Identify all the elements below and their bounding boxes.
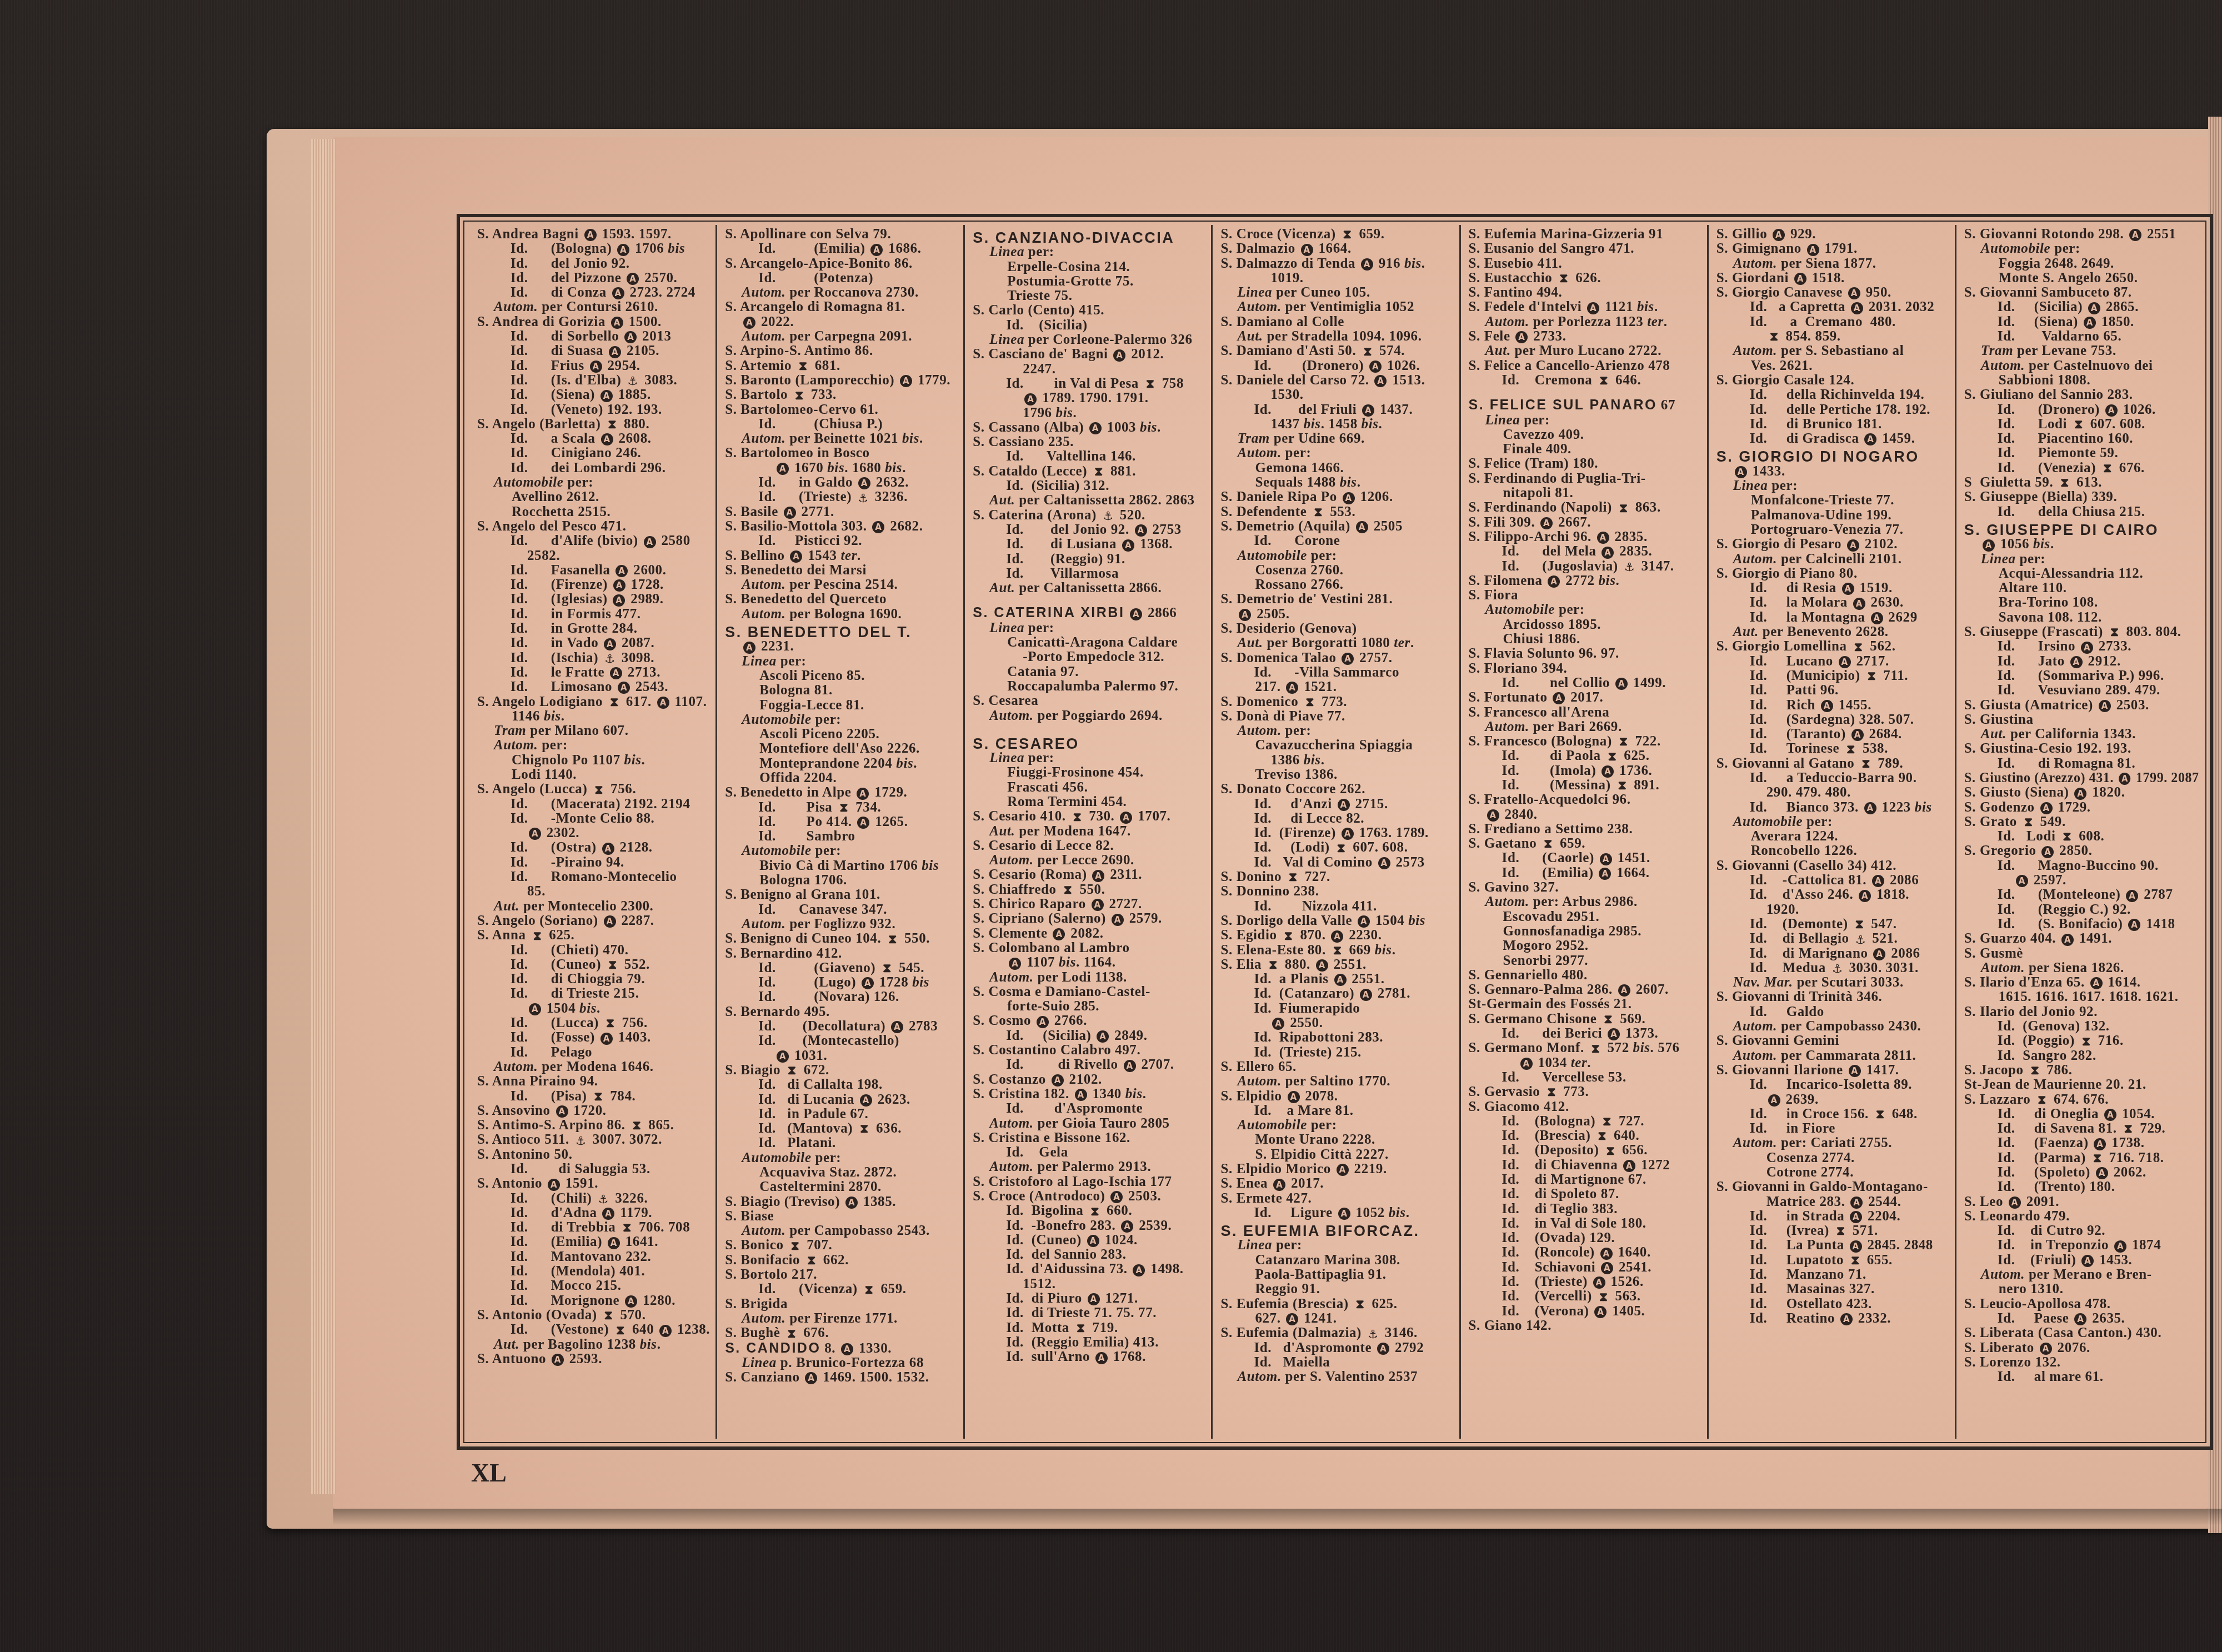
station-entry: S. Ellero 65.	[1220, 1060, 1454, 1074]
service-type-label: Tram	[1237, 431, 1269, 446]
station-entry: S. Cesario 410. ⧗ 730. A 1707.	[973, 809, 1207, 824]
automobile-service-icon: A	[1112, 914, 1124, 926]
station-sub-entry: Id. Motta ⧗ 719.	[973, 1321, 1207, 1335]
automobile-service-icon: A	[872, 521, 884, 533]
station-sub-entry: Id. Vesuviano 289. 479.	[1964, 683, 2198, 698]
station-entry: S. Gusmè	[1964, 947, 2198, 961]
continuation-line: -Porto Empedocle 312.	[973, 650, 1207, 664]
automobile-service-icon: A	[1342, 828, 1354, 840]
station-sub-entry: Id. Platani.	[725, 1136, 959, 1150]
tramway-icon: ⧗	[592, 1091, 604, 1103]
automobile-service-icon: A	[1593, 1276, 1605, 1289]
station-entry: S. Flavia Solunto 96. 97.	[1469, 647, 1703, 661]
continuation-line: 2582.	[477, 549, 711, 563]
station-sub-entry: Id. di Suasa A 2105.	[477, 344, 711, 358]
continuation-line: Matrice 283. A 2544.	[1716, 1195, 1950, 1209]
spacer	[1469, 388, 1703, 398]
connection-line: Autom. per S. Valentino 2537	[1220, 1370, 1454, 1384]
station-sub-entry: Id. Paese A 2635.	[1964, 1311, 2198, 1326]
automobile-service-icon: A	[777, 463, 789, 475]
station-sub-entry: Id. in Croce 156. ⧗ 648.	[1716, 1107, 1950, 1122]
station-sub-entry: Id. Schiavoni A 2541.	[1469, 1260, 1703, 1275]
automobile-service-icon: A	[1794, 273, 1806, 285]
connection-line: Linea per:	[973, 245, 1207, 259]
spacer	[973, 723, 1207, 733]
station-sub-entry: Id. Piemonte 59.	[1964, 446, 2198, 460]
station-sub-entry: Id. Morignone A 1280.	[477, 1294, 711, 1308]
station-sub-entry: Id. Limosano A 2543.	[477, 680, 711, 694]
connection-line: A 2231.	[725, 639, 959, 654]
connection-line: Automobile per:	[725, 713, 959, 727]
connection-line: Linea per Cuneo 105.	[1220, 286, 1454, 300]
tramway-icon: ⧗	[2061, 831, 2073, 843]
continuation-line: Bologna 81.	[725, 683, 959, 698]
service-type-label: Autom.	[989, 1159, 1033, 1174]
station-sub-entry: Id. di Savena 81. ⧗ 729.	[1964, 1122, 2198, 1136]
suffix-text: bis	[1408, 913, 1425, 928]
station-sub-entry: Id. Valdarno 65.	[1964, 329, 2198, 344]
service-type-label: Autom.	[742, 917, 785, 932]
automobile-service-icon: A	[1316, 959, 1328, 972]
station-sub-entry: Id. (Lucca) ⧗ 756.	[477, 1016, 711, 1030]
connection-line: A 1056 bis.	[1964, 537, 2198, 552]
station-entry: S. Donato Coccore 262.	[1220, 782, 1454, 797]
continuation-line: A 1034 ter.	[1469, 1056, 1703, 1070]
station-sub-entry: Id. (Firenze) A 1763. 1789.	[1220, 826, 1454, 840]
station-sub-entry: Id. di Trieste 71. 75. 77.	[973, 1306, 1207, 1320]
station-entry: S. Ansovino A 1720.	[477, 1104, 711, 1118]
station-entry: S. Cesarea	[973, 694, 1207, 708]
station-entry: S. Cesario di Lecce 82.	[973, 839, 1207, 853]
station-sub-entry: Id. a Capretta A 2031. 2032	[1716, 300, 1950, 314]
automobile-service-icon: A	[2084, 317, 2096, 329]
station-entry: S. Floriano 394.	[1469, 662, 1703, 676]
station-entry: S. Dalmazio A 1664.	[1220, 242, 1454, 256]
continuation-line: Rossano 2766.	[1220, 578, 1454, 592]
automobile-service-icon: A	[1850, 1197, 1863, 1209]
station-entry: S. Demetrio de' Vestini 281.	[1220, 592, 1454, 607]
automobile-service-icon: A	[529, 828, 541, 840]
automobile-service-icon: A	[2074, 1313, 2086, 1325]
station-sub-entry: Id. Lodi ⧗ 607. 608.	[1964, 417, 2198, 432]
navigation-anchor-icon: ⚓	[857, 492, 869, 504]
station-sub-entry: Id. Sambro	[725, 829, 959, 844]
continuation-line: Roncobello 1226.	[1716, 844, 1950, 858]
service-type-label: Autom.	[1237, 445, 1281, 460]
service-type-label: Aut.	[1237, 635, 1263, 650]
tramway-icon: ⧗	[608, 697, 620, 709]
page-bottom-shadow	[333, 1509, 2222, 1525]
connection-line: Linea per:	[1220, 1238, 1454, 1253]
service-type-label: Autom.	[1237, 299, 1281, 314]
station-entry: S. CANDIDO 8. A 1330.	[725, 1341, 959, 1356]
station-entry: S. Giorgio Lomellina ⧗ 562.	[1716, 639, 1950, 654]
connection-line: Automobile per:	[725, 844, 959, 858]
station-sub-entry: Id. Maiella	[1220, 1355, 1454, 1370]
station-entry: S. Gennaro-Palma 286. A 2607.	[1469, 983, 1703, 997]
service-type-label: Autom.	[742, 285, 785, 300]
station-entry: S. Giovanni al Gatano ⧗ 789.	[1716, 757, 1950, 771]
tramway-icon: ⧗	[1287, 872, 1299, 884]
station-entry: S. Antonino 50.	[477, 1148, 711, 1162]
station-sub-entry: Id. (Demonte) ⧗ 547.	[1716, 917, 1950, 932]
station-sub-entry: Id. in Padule 67.	[725, 1107, 959, 1122]
station-sub-entry: Id. (Jugoslavia) ⚓ 3147.	[1469, 559, 1703, 574]
continuation-line: Finale 409.	[1469, 442, 1703, 457]
station-sub-entry: Id. a Scala A 2608.	[477, 432, 711, 446]
automobile-service-icon: A	[1600, 853, 1612, 865]
automobile-service-icon: A	[1360, 989, 1372, 1001]
station-sub-entry: Id. (Decollatura) A 2783	[725, 1019, 959, 1034]
station-sub-entry: Id. Medua ⚓ 3030. 3031.	[1716, 961, 1950, 975]
continuation-line: Acqui-Alessandria 112.	[1964, 567, 2198, 581]
station-heading: S. CANDIDO	[725, 1340, 820, 1356]
station-entry: S. Giordani A 1518.	[1716, 271, 1950, 286]
station-sub-entry: Id. in Treponzio A 1874	[1964, 1238, 2198, 1253]
station-sub-entry: Id. (Trieste) 215.	[1220, 1045, 1454, 1060]
continuation-line: Gonnosfanadiga 2985.	[1469, 924, 1703, 939]
automobile-service-icon: A	[1239, 609, 1251, 621]
automobile-service-icon: A	[611, 317, 623, 329]
automobile-service-icon: A	[1362, 404, 1374, 417]
automobile-service-icon: A	[1273, 1179, 1285, 1191]
station-entry: S. Biagio (Treviso) A 1385.	[725, 1195, 959, 1209]
automobile-service-icon: A	[1089, 422, 1102, 434]
tramway-icon: ⧗	[1845, 744, 1857, 756]
continuation-line: Portogruaro-Venezia 77.	[1716, 523, 1950, 537]
automobile-service-icon: A	[1615, 678, 1628, 690]
continuation-line: Cavazuccherina Spiaggia	[1220, 738, 1454, 753]
connection-line: Aut. per Caltanissetta 2862. 2863	[973, 493, 1207, 508]
service-type-label: Linea	[989, 332, 1024, 347]
station-sub-entry: Id. in Val di Pesa ⧗ 758	[973, 377, 1207, 391]
automobile-service-icon: A	[2081, 642, 2093, 654]
automobile-service-icon: A	[1121, 1220, 1133, 1233]
station-entry: S. Felice (Tram) 180.	[1469, 457, 1703, 471]
station-sub-entry: Id. del Mela A 2835.	[1469, 544, 1703, 559]
suffix-text: ter	[1647, 314, 1664, 329]
continuation-line: Foggia 2648. 2649.	[1964, 257, 2198, 271]
station-sub-entry: Id. di Piuro A 1271.	[973, 1291, 1207, 1306]
station-sub-entry: Id. Val di Comino A 2573	[1220, 855, 1454, 870]
connection-line: Automobile per:	[1716, 815, 1950, 829]
station-sub-entry: Id. (Iglesias) A 2989.	[477, 592, 711, 607]
station-entry: S. Ermete 427.	[1220, 1192, 1454, 1206]
suffix-text: bis	[579, 1001, 597, 1016]
connection-line: Autom. per Cammarata 2811.	[1716, 1049, 1950, 1063]
connection-line: Autom. per Siena 1826.	[1964, 961, 2198, 975]
station-entry: S. Gaetano ⧗ 659.	[1469, 837, 1703, 851]
tramway-icon: ⧗	[789, 1240, 801, 1253]
suffix-text: bis	[1915, 800, 1932, 815]
station-entry: S. Cristoforo al Lago-Ischia 177	[973, 1175, 1207, 1189]
station-entry: S. Grato ⧗ 549.	[1964, 815, 2198, 829]
station-entry: S. Francesco all'Arena	[1469, 705, 1703, 720]
index-column-4: S. Croce (Vicenza) ⧗ 659.S. Dalmazio A 1…	[1213, 225, 1460, 1439]
automobile-service-icon: A	[2090, 977, 2103, 989]
tramway-icon: ⧗	[2122, 1123, 2134, 1135]
station-sub-entry: Id. (Vicenza) ⧗ 659.	[725, 1282, 959, 1296]
connection-line: Autom. per S. Sebastiano al	[1716, 344, 1950, 358]
station-entry: S. Basilio-Mottola 303. A 2682.	[725, 519, 959, 534]
station-entry: S. Caterina (Arona) ⚓ 520.	[973, 508, 1207, 523]
service-type-label: Automobile	[1237, 1118, 1307, 1133]
connection-line: Linea p. Brunico-Fortezza 68	[725, 1356, 959, 1370]
station-entry: S. Eufemia Marina-Gizzeria 91	[1469, 227, 1703, 242]
station-entry: S. Fiora	[1469, 588, 1703, 603]
index-column-6: S. Gillio A 929.S. Gimignano A 1791.Auto…	[1709, 225, 1956, 1439]
automobile-service-icon: A	[548, 1179, 560, 1191]
station-sub-entry: Id. (Firenze) A 1728.	[477, 578, 711, 592]
continuation-line: Paola-Battipaglia 91.	[1220, 1268, 1454, 1282]
connection-line: Autom. per Saltino 1770.	[1220, 1074, 1454, 1089]
station-sub-entry: Id. (Catanzaro) A 2781.	[1220, 987, 1454, 1001]
station-sub-entry: Id. d'Alife (bivio) A 2580	[477, 534, 711, 548]
service-type-label: Autom.	[1733, 256, 1777, 271]
suffix-text: bis	[668, 241, 685, 256]
station-sub-entry: Id. nel Collio A 1499.	[1469, 676, 1703, 690]
tramway-icon: ⧗	[1604, 1145, 1617, 1158]
station-entry: S. Croce (Vicenza) ⧗ 659.	[1220, 227, 1454, 242]
station-entry: S. Filomena A 2772 bis.	[1469, 574, 1703, 588]
tramway-icon: ⧗	[1616, 780, 1628, 792]
station-sub-entry: Id. (Sicilia) A 2865.	[1964, 300, 2198, 314]
automobile-service-icon: A	[2094, 1138, 2106, 1150]
station-entry: S. Lazzaro ⧗ 674. 676.	[1964, 1093, 2198, 1107]
automobile-service-icon: A	[790, 550, 802, 563]
station-entry: S. Giovanni Ilarione A 1417.	[1716, 1063, 1950, 1078]
station-sub-entry: Id. di Paola ⧗ 625.	[1469, 749, 1703, 763]
connection-line: Autom. per Pescina 2514.	[725, 578, 959, 592]
service-type-label: Autom.	[1237, 1369, 1281, 1384]
station-entry: S. Dalmazzo di Tenda A 916 bis.	[1220, 257, 1454, 271]
station-entry: S. Arcangelo-Apice-Bonito 86.	[725, 257, 959, 271]
station-entry: S. Clemente A 2082.	[973, 927, 1207, 941]
suffix-text: bis	[1340, 475, 1357, 490]
automobile-service-icon: A	[784, 507, 796, 519]
service-type-label: Autom.	[989, 970, 1033, 985]
service-type-label: Aut.	[494, 1337, 519, 1352]
suffix-text: bis	[1389, 1205, 1406, 1220]
station-entry: S. Leonardo 479.	[1964, 1209, 2198, 1224]
service-type-label: Aut.	[989, 493, 1015, 508]
station-sub-entry: Id. Mocco 215.	[477, 1279, 711, 1293]
automobile-service-icon: A	[2081, 1255, 2094, 1267]
suffix-text: bis	[1125, 1087, 1143, 1102]
station-sub-entry: Id. Piacentino 160.	[1964, 432, 2198, 446]
station-heading: S. CATERINA XIRBI	[973, 605, 1124, 620]
station-sub-entry: Id. (Trieste) A 1526.	[1469, 1275, 1703, 1289]
station-entry: S. Giorgio Canavese A 950.	[1716, 286, 1950, 300]
station-sub-entry: Id. di Martignone 67.	[1469, 1173, 1703, 1187]
station-sub-entry: Id. a Planis A 2551.	[1220, 972, 1454, 987]
station-entry: S. Bughè ⧗ 676.	[725, 1326, 959, 1340]
automobile-service-icon: A	[2105, 404, 2118, 417]
continuation-line: 1615. 1616. 1617. 1618. 1621.	[1964, 990, 2198, 1004]
station-sub-entry: Id. in Galdo A 2632.	[725, 475, 959, 490]
service-type-label: Autom.	[1733, 343, 1777, 358]
station-sub-entry: Id. Fasanella A 2600.	[477, 563, 711, 578]
station-entry: S. Ilario del Jonio 92.	[1964, 1005, 2198, 1019]
continuation-line: A 1031.	[725, 1049, 959, 1063]
connection-line: Autom. per Palermo 2913.	[973, 1160, 1207, 1174]
station-sub-entry: Id. di Sorbello A 2013	[477, 329, 711, 344]
service-type-label: Linea	[989, 244, 1024, 259]
station-entry: S. Brigida	[725, 1297, 959, 1311]
station-entry: S. Colombano al Lambro	[973, 941, 1207, 955]
station-sub-entry: Id. di Cutro 92.	[1964, 1224, 2198, 1238]
station-sub-entry: Id. (Ovada) 129.	[1469, 1231, 1703, 1245]
station-entry: S. Giovanni Rotondo 298. A 2551	[1964, 227, 2198, 242]
continuation-line: Monte S. Angelo 2650.	[1964, 271, 2198, 286]
tramway-icon: ⧗	[621, 1222, 633, 1234]
automobile-service-icon: A	[1009, 958, 1021, 970]
station-sub-entry: Id. -Cattolica 81. A 2086	[1716, 873, 1950, 888]
station-sub-entry: Id. Corone	[1220, 534, 1454, 548]
station-entry: S. Daniele Ripa Po A 1206.	[1220, 490, 1454, 504]
service-type-label: Autom.	[1237, 1074, 1281, 1089]
tramway-icon: ⧗	[1267, 959, 1279, 972]
station-sub-entry: Id. a Mare 81.	[1220, 1104, 1454, 1118]
station-sub-entry: Id. d'Anzi A 2715.	[1220, 797, 1454, 812]
automobile-service-icon: A	[1983, 539, 1995, 552]
station-entry: S. Donnino 238.	[1220, 884, 1454, 899]
index-column-2: S. Apollinare con Selva 79.Id. (Emilia) …	[717, 225, 965, 1439]
station-entry: S. Andrea di Gorizia A 1500.	[477, 315, 711, 329]
automobile-service-icon: A	[777, 1050, 789, 1063]
station-entry: S. Fili 309. A 2667.	[1469, 515, 1703, 530]
connection-line: Autom. per Beinette 1021 bis.	[725, 432, 959, 446]
station-heading: S. GIUSEPPE DI CAIRO	[1964, 523, 2198, 537]
service-type-label: Linea	[989, 620, 1024, 635]
continuation-line: Roccapalumba Palermo 97.	[973, 679, 1207, 694]
station-entry: S. Cataldo (Lecce) ⧗ 881.	[973, 464, 1207, 479]
service-type-label: Tram	[494, 723, 526, 738]
tramway-icon: ⧗	[1542, 838, 1554, 850]
continuation-line: Senorbi 2977.	[1469, 954, 1703, 968]
station-entry: S. Angelo del Pesco 471.	[477, 519, 711, 534]
station-sub-entry: Id. di Resia A 1519.	[1716, 581, 1950, 595]
automobile-service-icon: A	[2126, 890, 2138, 902]
station-sub-entry: Id. Po 414. A 1265.	[725, 815, 959, 829]
automobile-service-icon: A	[1587, 302, 1599, 314]
suffix-text: bis	[2033, 537, 2050, 552]
automobile-service-icon: A	[1334, 974, 1347, 986]
station-entry: S. Liberato A 2076.	[1964, 1341, 2198, 1355]
service-type-label: Automobile	[1981, 241, 2050, 256]
station-sub-entry: Id. (Sicilia)	[973, 318, 1207, 333]
station-sub-entry: Id. a Teduccio-Barra 90.	[1716, 771, 1950, 785]
station-entry: S. Damiano al Colle	[1220, 315, 1454, 329]
station-sub-entry: Id. (S. Bonifacio) A 1418	[1964, 917, 2198, 932]
station-entry: S. Arpino-S. Antimo 86.	[725, 344, 959, 358]
suffix-text: bis	[544, 709, 561, 724]
automobile-service-icon: A	[613, 594, 625, 607]
continuation-line: 1920.	[1716, 903, 1950, 917]
station-sub-entry: Id. (Sommariva P.) 996.	[1964, 669, 2198, 683]
station-sub-entry: Id. Pelago	[477, 1045, 711, 1060]
station-entry: S. Ferdinando (Napoli) ⧗ 863.	[1469, 500, 1703, 515]
automobile-service-icon: A	[644, 536, 656, 548]
connection-line: Autom. per:	[1220, 724, 1454, 738]
service-type-label: Autom.	[1485, 314, 1529, 329]
automobile-service-icon: A	[1859, 890, 1871, 902]
service-type-label: Autom.	[494, 1059, 538, 1074]
station-entry: S. Fratello-Acquedolci 96.	[1469, 793, 1703, 807]
station-sub-entry: Id. di Romagna 81.	[1964, 757, 2198, 771]
station-sub-entry: Id. -Bonefro 283. A 2539.	[973, 1219, 1207, 1233]
station-entry: S. Giusto (Siena) A 1820.	[1964, 785, 2198, 800]
automobile-service-icon: A	[2096, 1167, 2108, 1179]
station-entry: S. Angelo (Barletta) ⧗ 880.	[477, 417, 711, 432]
station-sub-entry: Id. in Vado A 2087.	[477, 636, 711, 650]
station-entry: S. Jacopo ⧗ 786.	[1964, 1063, 2198, 1078]
automobile-service-icon: A	[1092, 899, 1104, 911]
station-sub-entry: Id. Romano-Montecelio	[477, 870, 711, 884]
automobile-service-icon: A	[609, 346, 621, 358]
automobile-service-icon: A	[1338, 1208, 1350, 1220]
automobile-service-icon: A	[2088, 302, 2100, 314]
automobile-service-icon: A	[1338, 799, 1350, 811]
continuation-line: Bivio Cà di Martino 1706 bis	[725, 859, 959, 873]
station-sub-entry: Id. di Bellagio ⚓ 521.	[1716, 932, 1950, 946]
station-entry: S. Eusanio del Sangro 471.	[1469, 242, 1703, 256]
station-sub-entry: Id. (Montecastello)	[725, 1034, 959, 1048]
continuation-line: 1386 bis.	[1220, 753, 1454, 768]
connection-line: Tram per Milano 607.	[477, 724, 711, 738]
tramway-icon: ⧗	[793, 390, 805, 402]
continuation-line: Catanzaro Marina 308.	[1220, 1253, 1454, 1268]
automobile-service-icon: A	[1361, 258, 1373, 271]
continuation-line: Bologna 1706.	[725, 873, 959, 888]
continuation-line: Bra-Torino 108.	[1964, 595, 2198, 610]
station-entry: S. Giovanni Gemini	[1716, 1034, 1950, 1048]
connection-line: Autom. per:	[477, 738, 711, 753]
automobile-service-icon: A	[1602, 765, 1614, 778]
automobile-service-icon: A	[615, 565, 628, 577]
connection-line: Autom. per Campobasso 2543.	[725, 1224, 959, 1238]
station-sub-entry: Id. (Ivrea) ⧗ 571.	[1716, 1224, 1950, 1238]
station-entry: S. Biagio ⧗ 672.	[725, 1063, 959, 1078]
suffix-text: bis	[1375, 943, 1392, 958]
station-sub-entry: Id. Lodi ⧗ 608.	[1964, 829, 2198, 844]
station-entry: S. Elia ⧗ 880. A 2551.	[1220, 958, 1454, 972]
station-sub-entry: Id. del Jonio 92.	[477, 257, 711, 271]
station-sub-entry: Id. (Reggio) 91.	[973, 552, 1207, 567]
continuation-line: Ascoli Piceno 85.	[725, 669, 959, 683]
station-entry: S. Lorenzo 132.	[1964, 1355, 2198, 1370]
service-type-label: Linea	[1237, 285, 1272, 300]
station-entry: S. Demetrio (Aquila) A 2505	[1220, 519, 1454, 534]
station-entry: S. Gennariello 480.	[1469, 968, 1703, 983]
station-sub-entry: Id. Masainas 327.	[1716, 1282, 1950, 1296]
tramway-icon: ⧗	[1342, 229, 1354, 241]
suffix-text: bis	[896, 756, 913, 771]
connection-line: Linea per Corleone-Palermo 326	[973, 333, 1207, 347]
station-entry: S. Benedetto in Alpe A 1729.	[725, 785, 959, 800]
index-columns: S. Andrea Bagni A 1593. 1597.Id. (Bologn…	[469, 225, 2203, 1439]
connection-line: Automobile per:	[477, 475, 711, 490]
automobile-service-icon: A	[613, 579, 625, 592]
automobile-service-icon: A	[2009, 1197, 2021, 1209]
automobile-service-icon: A	[1301, 244, 1313, 256]
station-sub-entry: Id. (Parma) ⧗ 716. 718.	[1964, 1151, 2198, 1165]
station-sub-entry: Id. (Taranto) A 2684.	[1716, 727, 1950, 742]
station-sub-entry: Id. di Teglio 383.	[1469, 1202, 1703, 1217]
connection-line: Autom. per Gioia Tauro 2805	[973, 1117, 1207, 1131]
connection-line: Autom. per Lodi 1138.	[973, 970, 1207, 985]
station-sub-entry: Id. -Villa Sammarco	[1220, 665, 1454, 680]
